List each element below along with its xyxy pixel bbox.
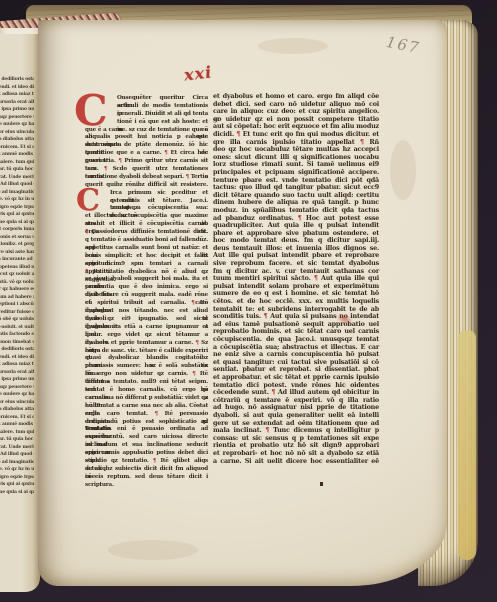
- text-line: aliqualis possit hui noticia p ea que de…: [85, 134, 208, 142]
- text-line: ar qz habuere eqzie: [0, 286, 34, 294]
- verso-text-fragments: is dedilioris ostantecendi. et ideo diab…: [0, 76, 34, 496]
- text-line: temtatione dyaboli debeat separi. ¶ Tert…: [85, 174, 208, 182]
- pilcrow-mark: ¶: [191, 300, 194, 306]
- text-line: iō ad imaginationem: [0, 459, 34, 467]
- pilcrow-mark: ¶: [164, 150, 167, 156]
- pilcrow-mark: ¶: [85, 229, 88, 235]
- text-line: q temtatio ē assiduatio boni ad fallendū…: [85, 237, 208, 245]
- text-line: cursoria erat allicit: [0, 99, 34, 107]
- text-line: tionē i eā que est ab hoste: et in eā: [85, 119, 208, 127]
- text-line: cum ad habere ap: [0, 294, 34, 302]
- text-line: ime quia si ai qzstula: [0, 219, 34, 227]
- text-line: rō obē qz uoluisse: [0, 316, 34, 324]
- text-line: fernicem. Et si qz p: [0, 144, 34, 152]
- text-line: cendi. et ideo diabolus: [0, 354, 34, 362]
- text-line: entis factendo supbi: [0, 331, 34, 339]
- pilcrow-mark: ¶: [186, 174, 189, 180]
- pilcrow-mark: ¶: [236, 130, 240, 138]
- text-line: ¶ Ad illud quod dicit: [0, 181, 34, 189]
- text-line: lis. ergo non uidetur qz carnis. ¶ Itē t…: [85, 371, 208, 379]
- text-line: bar. tū quia hoc deo: [0, 436, 34, 444]
- text-line: q-uoluit. et uult: [0, 324, 34, 332]
- text-line: hugo de sanc. vic. tētare ē callide expe…: [85, 348, 208, 356]
- text-line: et annuē modis segre: [0, 151, 34, 159]
- pilcrow-mark: ¶: [271, 388, 275, 396]
- text-line: de. vō qz hz in unius: [0, 196, 34, 204]
- text-line: ¶ Cassiodorus diffiniēs temtationē dicit…: [85, 229, 208, 237]
- text-line: queri tria. ¶ Primo qritur utrz carnis s…: [85, 158, 208, 166]
- text-line: nulla caro temtat. ¶ Itē persuasio ordin…: [85, 411, 208, 419]
- text-line: sicut qz uoluir ad: [0, 271, 34, 279]
- text-line: experimentū. sed caro uiciosa directe in…: [85, 434, 208, 442]
- text-line: catū. vō qz uoluit: [0, 279, 34, 287]
- text-line: cor eius uincula sed: [0, 399, 34, 407]
- text-line: nigro eqzie trpsse spū: [0, 204, 34, 212]
- text-line: ergo dicim9 spm temtari a carnali appeti…: [85, 261, 208, 269]
- text-line: et annuē modis segre: [0, 421, 34, 429]
- text-line: gris qui ai qzstula: [0, 481, 34, 489]
- text-line: temtat a cōcupiscentia sua: deductus: [85, 205, 208, 213]
- pilcrow-mark: ¶: [85, 269, 88, 275]
- text-line: sticatio qz temtatio. ¶ Itē qlibet aliqs…: [85, 458, 208, 466]
- text-line: tacio qz ei9 ipugnatio. sed sicut ipugna…: [85, 316, 208, 324]
- pilcrow-mark: ¶: [104, 166, 107, 172]
- pilcrow-mark: ¶: [155, 411, 158, 417]
- text-line: sunt supra de ptāte demonūz. iō hic quer…: [85, 142, 208, 150]
- text-line: que ē a carne. sz cuz de temtatione que …: [85, 127, 208, 135]
- stain: [258, 38, 328, 54]
- verso-page-strip: is dedilioris ostantecendi. et ideo diab…: [0, 34, 40, 592]
- text-line: ut corporis innatet: [0, 226, 34, 234]
- chapter-numeral: xxi: [183, 62, 213, 84]
- text-line: carne sua nō differat p substātiā: videt…: [85, 395, 208, 403]
- text-column-left: Onsequēter queritur Circa scdmarticuli d…: [85, 95, 208, 482]
- pilcrow-mark: ¶: [192, 371, 195, 377]
- text-line: cursoria erat allicit: [0, 369, 34, 377]
- text-line: de aliqbz subiectis dicit dicit fm aliqu…: [85, 466, 208, 474]
- text-line: is dedilioris ostante: [0, 76, 34, 84]
- pilcrow-mark: ¶: [195, 340, 198, 346]
- text-line: is dedilioris ostante: [0, 346, 34, 354]
- text-line: Onsequēter queritur Circa scdm: [85, 95, 208, 103]
- text-line: appetens illud non re: [0, 264, 34, 272]
- text-line: ea diabolus attamen: [0, 136, 34, 144]
- text-line: appetitus carnalis sunt boni ut natūz: e…: [85, 245, 208, 253]
- folio-number: 167: [385, 33, 422, 57]
- text-line: Temtatio eni ē psuasio ordinata ad sumēd…: [85, 426, 208, 434]
- text-line: ita uere et pprie temtamur a carne. ¶ Sz…: [85, 340, 208, 348]
- text-line: malere. tum quia: [0, 429, 34, 437]
- text-line: cor eius uincula sed: [0, 129, 34, 137]
- text-line: q carnis sit tētare. Jaco.i. unusqsqz: [85, 198, 208, 206]
- text-line: de. vō qz hz in unius: [0, 466, 34, 474]
- text-line: Irca primum sic pceditur et ostendit: [85, 190, 208, 198]
- text-line: ergo carnis appulsatio potius debet dici…: [85, 450, 208, 458]
- text-line: differt a temtato. null9 eni tētat seipm…: [85, 379, 208, 387]
- text-line: creditur fuisse diem: [0, 309, 34, 317]
- text-line: bar. tū quia hoc deo: [0, 166, 34, 174]
- text-line: usqz peuertere uoluit: [0, 384, 34, 392]
- text-line: temtatioe que e a carne. ¶ Et circa hoc …: [85, 150, 208, 158]
- text-line: limur. ergo videt qz sicut tētamur a dya…: [85, 332, 208, 340]
- text-line: malere. tum quia: [0, 159, 34, 167]
- text-line: de mulere qz habuit: [0, 391, 34, 399]
- text-line: impugnat nos tētando. nec est aliud dyab…: [85, 308, 208, 316]
- text-line: de mulere qz habuit: [0, 121, 34, 129]
- text-line: strahit et illicit ē cōcupiscētia carnis…: [85, 221, 208, 229]
- pilcrow-mark: ¶: [265, 426, 269, 434]
- text-line: prudentia que ē deo inimica. ergo si dya…: [85, 284, 208, 292]
- text-line: dicit tētare cū suggerit mala. eadē rōne…: [85, 292, 208, 300]
- ink-mark: [320, 482, 323, 486]
- text-line: erat. Unde meritis si: [0, 174, 34, 182]
- text-line: premissis sumere: hoc ē solā substātie r…: [85, 363, 208, 371]
- text-line: ¶ Itz titatio dyabolica nō ē aliud qz su…: [85, 269, 208, 277]
- text-line: ationibz. et propterea: [0, 241, 34, 249]
- text-line: tare. ¶ Scdo querit utrz temtationes car…: [85, 166, 208, 174]
- text-line: are uisi aste hanta: [0, 249, 34, 257]
- text-line: temtat ē homo carnalis. cū ergo hō carna…: [85, 387, 208, 395]
- text-line: generali. Diuidit st ali qd tenta: [85, 111, 208, 119]
- text-line: cionis et serua uniu: [0, 234, 34, 242]
- stain: [390, 140, 416, 200]
- text-line: quasi dyabolicaz blandis cogitatōibz pba…: [85, 355, 208, 363]
- pilcrow-mark: ¶: [118, 158, 121, 164]
- text-line: hō temtat a carne sua nec ab alia. Cōsta…: [85, 403, 208, 411]
- text-line: ime quia si ai qzstula: [0, 489, 34, 497]
- text-line: querit quibz rōnibz difficil sit resiste…: [85, 182, 208, 190]
- text-line: iō ad imaginationem: [0, 189, 34, 197]
- text-line: cū spiritui tribuit ad carnalia. ¶ Itē d…: [85, 300, 208, 308]
- text-line: ceptioni i abscūdo: [0, 301, 34, 309]
- text-line: in incurante ad puz: [0, 256, 34, 264]
- text-line: et illectus. sz cōcupiscētia que maxime …: [85, 213, 208, 221]
- text-line: in eis reptum. sed deus tētare dicit i s…: [85, 474, 208, 482]
- yellowed-leaf-edge: [458, 330, 476, 560]
- photo-background: is dedilioris ostantecendi. et ideo diab…: [0, 0, 497, 602]
- text-line: si ipsa primo unius: [0, 376, 34, 384]
- text-column-right: et dyabolus et homo et caro. ergo fm ali…: [213, 93, 379, 465]
- text-line: si ipsa primo unius: [0, 106, 34, 114]
- text-line: bonis simplicit: et hoc decipit et falli…: [85, 253, 208, 261]
- text-line: decipiendū potius est sophisticatio qz t…: [85, 419, 208, 427]
- text-line: erat. Unde meritis si: [0, 444, 34, 452]
- text-line: gris qui ai qzstula: [0, 211, 34, 219]
- text-line: fernicem. Et si qz p: [0, 414, 34, 422]
- text-line: a carne. Si ait uelit dicere hoc essenti…: [213, 458, 379, 466]
- text-line: dyabolo. ita etiā a carne ipugnamur et i…: [85, 324, 208, 332]
- text-line: sz sicut dyaboli suggerit hoi mala. ita …: [85, 276, 208, 284]
- text-line: ad malum et sua inclinatione seducit spi…: [85, 442, 208, 450]
- stain: [108, 540, 198, 560]
- text-line: nigro eqzie trpsse spū: [0, 474, 34, 482]
- text-line: at adiosa miaz tradi: [0, 91, 34, 99]
- text-line: cendi. et ideo diabolus: [0, 84, 34, 92]
- text-line: at adiosa miaz tradi: [0, 361, 34, 369]
- book-page: 167 xxi C C Onsequēter queritur Circa sc…: [38, 20, 447, 586]
- text-line: ea diabolus attamen: [0, 406, 34, 414]
- text-line: ¶ Ad illud quod dicit: [0, 451, 34, 459]
- text-line: usqz peuertere uoluit: [0, 114, 34, 122]
- text-line: lemon timebat ue ad: [0, 339, 34, 347]
- text-line: articuli de modis temtationis in: [85, 103, 208, 111]
- pilcrow-mark: ¶: [153, 458, 156, 464]
